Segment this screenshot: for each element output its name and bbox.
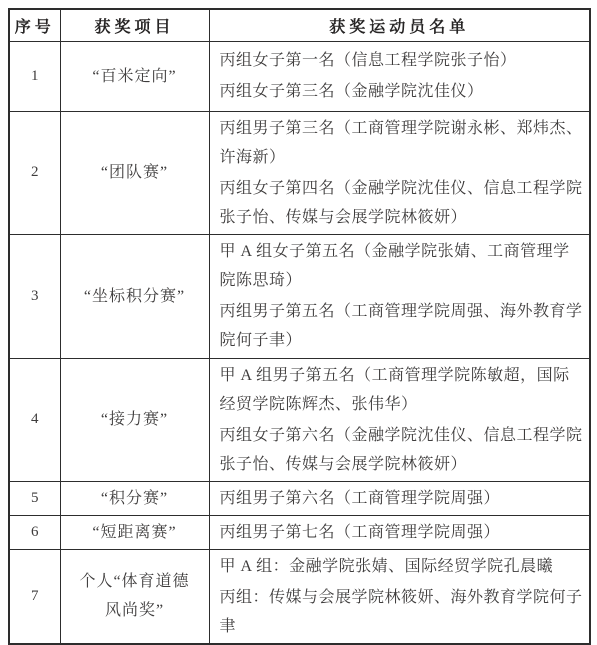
winner-line: 丙组女子第六名（金融学院沈佳仪、信息工程学院张子怡、传媒与会展学院林筱妍） xyxy=(220,421,584,479)
row-number: 7 xyxy=(9,549,60,644)
row-number: 1 xyxy=(9,41,60,111)
column-header-no: 序号 xyxy=(9,9,60,41)
table-row: 3 “坐标积分赛” 甲 A 组女子第五名（金融学院张婧、工商管理学院陈思琦） 丙… xyxy=(9,234,590,358)
winners-cell: 丙组女子第一名（信息工程学院张子怡） 丙组女子第三名（金融学院沈佳仪） xyxy=(209,41,590,111)
winner-line: 甲 A 组：金融学院张婧、国际经贸学院孔晨曦 xyxy=(220,552,584,581)
event-name: “团队赛” xyxy=(60,111,209,234)
winners-cell: 丙组男子第七名（工商管理学院周强） xyxy=(209,515,590,549)
table-row: 1 “百米定向” 丙组女子第一名（信息工程学院张子怡） 丙组女子第三名（金融学院… xyxy=(9,41,590,111)
column-header-event: 获奖项目 xyxy=(60,9,209,41)
event-name: “接力赛” xyxy=(60,358,209,481)
winners-cell: 甲 A 组：金融学院张婧、国际经贸学院孔晨曦 丙组：传媒与会展学院林筱妍、海外教… xyxy=(209,549,590,644)
header-row: 序号 获奖项目 获奖运动员名单 xyxy=(9,9,590,41)
row-number: 3 xyxy=(9,234,60,358)
table-row: 7 个人“体育道德风尚奖” 甲 A 组：金融学院张婧、国际经贸学院孔晨曦 丙组：… xyxy=(9,549,590,644)
winner-line: 丙组男子第三名（工商管理学院谢永彬、郑炜杰、许海新） xyxy=(220,114,584,172)
winner-line: 丙组女子第三名（金融学院沈佳仪） xyxy=(220,77,584,106)
event-name: “短距离赛” xyxy=(60,515,209,549)
row-number: 5 xyxy=(9,481,60,515)
winner-line: 丙组女子第四名（金融学院沈佳仪、信息工程学院张子怡、传媒与会展学院林筱妍） xyxy=(220,174,584,232)
winner-line: 丙组男子第七名（工商管理学院周强） xyxy=(220,518,584,547)
winner-line: 丙组男子第六名（工商管理学院周强） xyxy=(220,484,584,513)
table-row: 6 “短距离赛” 丙组男子第七名（工商管理学院周强） xyxy=(9,515,590,549)
event-name: 个人“体育道德风尚奖” xyxy=(60,549,209,644)
event-name: “积分赛” xyxy=(60,481,209,515)
winner-line: 丙组女子第一名（信息工程学院张子怡） xyxy=(220,46,584,75)
winner-line: 丙组男子第五名（工商管理学院周强、海外教育学院何子聿） xyxy=(220,297,584,355)
column-header-winners: 获奖运动员名单 xyxy=(209,9,590,41)
row-number: 6 xyxy=(9,515,60,549)
winner-line: 甲 A 组女子第五名（金融学院张婧、工商管理学院陈思琦） xyxy=(220,237,584,295)
winners-cell: 丙组男子第六名（工商管理学院周强） xyxy=(209,481,590,515)
event-name: “坐标积分赛” xyxy=(60,234,209,358)
winners-cell: 甲 A 组男子第五名（工商管理学院陈敏超，国际经贸学院陈辉杰、张伟华） 丙组女子… xyxy=(209,358,590,481)
winner-line: 甲 A 组男子第五名（工商管理学院陈敏超，国际经贸学院陈辉杰、张伟华） xyxy=(220,361,584,419)
awards-table: 序号 获奖项目 获奖运动员名单 1 “百米定向” 丙组女子第一名（信息工程学院张… xyxy=(8,8,591,645)
table-row: 2 “团队赛” 丙组男子第三名（工商管理学院谢永彬、郑炜杰、许海新） 丙组女子第… xyxy=(9,111,590,234)
winners-cell: 甲 A 组女子第五名（金融学院张婧、工商管理学院陈思琦） 丙组男子第五名（工商管… xyxy=(209,234,590,358)
winners-cell: 丙组男子第三名（工商管理学院谢永彬、郑炜杰、许海新） 丙组女子第四名（金融学院沈… xyxy=(209,111,590,234)
event-name: “百米定向” xyxy=(60,41,209,111)
winner-line: 丙组：传媒与会展学院林筱妍、海外教育学院何子聿 xyxy=(220,583,584,641)
table-row: 4 “接力赛” 甲 A 组男子第五名（工商管理学院陈敏超，国际经贸学院陈辉杰、张… xyxy=(9,358,590,481)
table-row: 5 “积分赛” 丙组男子第六名（工商管理学院周强） xyxy=(9,481,590,515)
row-number: 4 xyxy=(9,358,60,481)
row-number: 2 xyxy=(9,111,60,234)
